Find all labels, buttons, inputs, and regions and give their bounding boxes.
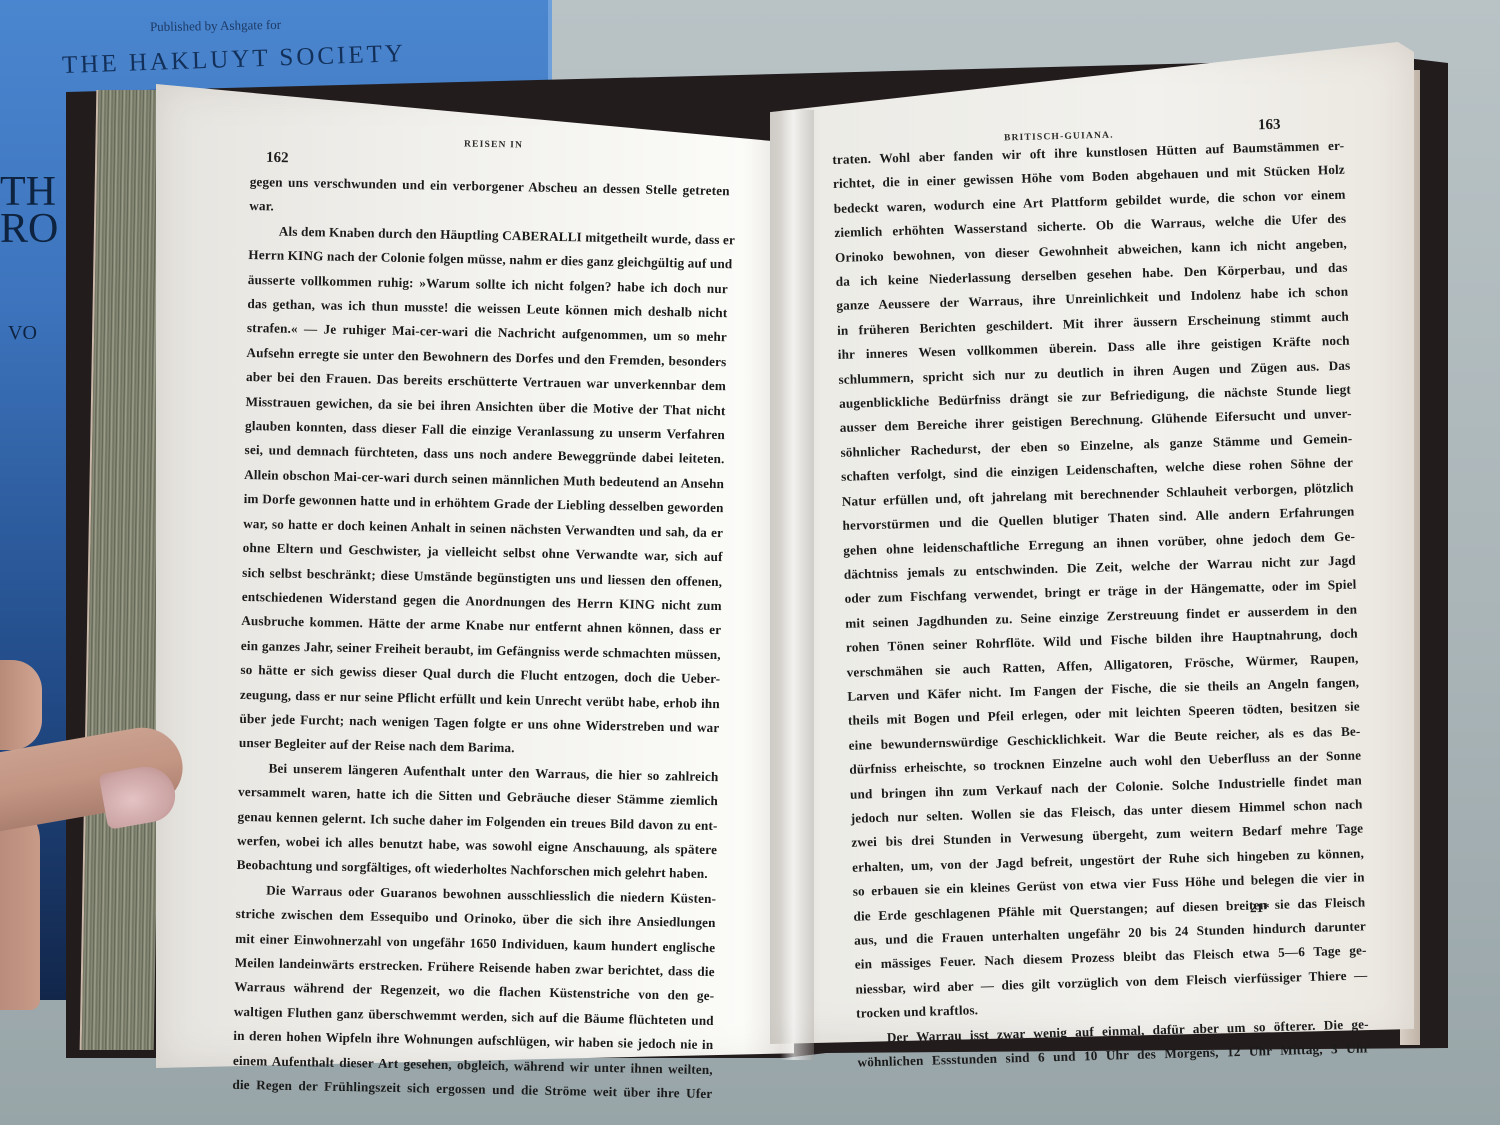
hand-finger xyxy=(0,660,42,750)
left-page-number: 162 xyxy=(266,150,289,167)
left-page-body-text: gegen uns verschwunden und ein verborgen… xyxy=(232,170,730,1106)
printer-signature-mark: 21* xyxy=(1250,900,1270,917)
background-book-publisher: Published by Ashgate for xyxy=(150,17,281,35)
right-page-body-text: traten. Wohl aber fanden wir oft ihre ku… xyxy=(832,134,1370,1075)
right-page-number: 163 xyxy=(1258,117,1281,135)
background-book-fragment: VO xyxy=(8,322,37,345)
left-running-head: REISEN IN xyxy=(464,139,523,150)
background-book-title: THE HAKLUYT SOCIETY xyxy=(62,40,407,80)
background-book-fragment: RO xyxy=(0,205,58,253)
book-gutter xyxy=(780,110,814,1060)
hand-palm xyxy=(0,800,40,1010)
